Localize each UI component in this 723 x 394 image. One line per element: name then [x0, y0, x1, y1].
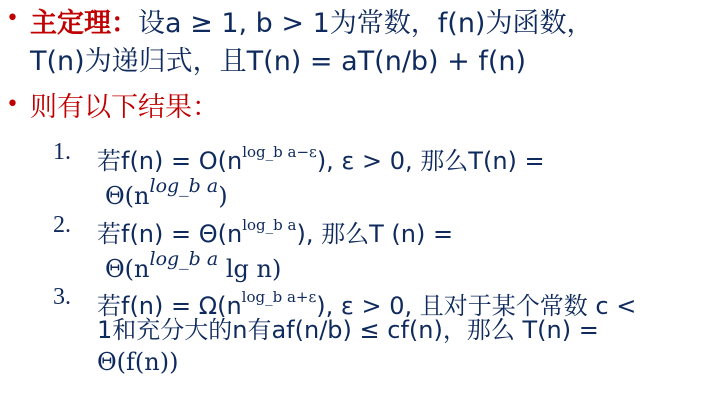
case-2-exponent: log_b a — [242, 216, 296, 234]
case-3-line-2: 1和充分大的n有af(n/b) ≤ cf(n)，那么 T(n) = — [97, 314, 599, 346]
theorem-line-2: T(n)为递归式，且T(n) = aT(n/b) + f(n) — [30, 46, 526, 78]
recurrence-definition: T(n)为递归式，且T(n) = aT(n/b) + f(n) — [30, 46, 526, 77]
case-1-result-exponent: log_b a — [150, 175, 219, 197]
theorem-condition: 设a ≥ 1, b > 1为常数，f(n)为函数， — [138, 8, 593, 39]
case-1-exponent: log_b a−ε — [242, 143, 317, 161]
case-2-result: Θ(n — [105, 255, 150, 283]
bullet-marker: • — [6, 6, 19, 31]
case-2-result-exponent: log_b a — [150, 248, 219, 270]
case-1-result-close: ) — [218, 182, 227, 210]
case-2-result-close: lg n) — [218, 255, 281, 283]
case-number: 2. — [53, 212, 71, 239]
case-3-line-3: Θ(f(n)) — [97, 346, 178, 378]
case-number: 1. — [53, 139, 71, 166]
case-1-conclusion: ), ε > 0, 那么T(n) = — [317, 147, 545, 175]
bullet-marker: • — [6, 92, 19, 117]
results-heading: 则有以下结果： — [30, 92, 219, 124]
theorem-heading: 主定理： — [30, 8, 138, 39]
case-1-result: Θ(n — [105, 182, 150, 210]
case-2-line-2: Θ(nlog_b a lg n) — [105, 243, 281, 285]
theorem-line-1: 主定理：设a ≥ 1, b > 1为常数，f(n)为函数， — [30, 8, 593, 40]
case-3-exponent: log_b a+ε — [242, 288, 317, 306]
case-2-conclusion: ), 那么T (n) = — [296, 220, 453, 248]
case-number: 3. — [53, 284, 71, 311]
case-1-line-2: Θ(nlog_b a) — [105, 170, 228, 212]
